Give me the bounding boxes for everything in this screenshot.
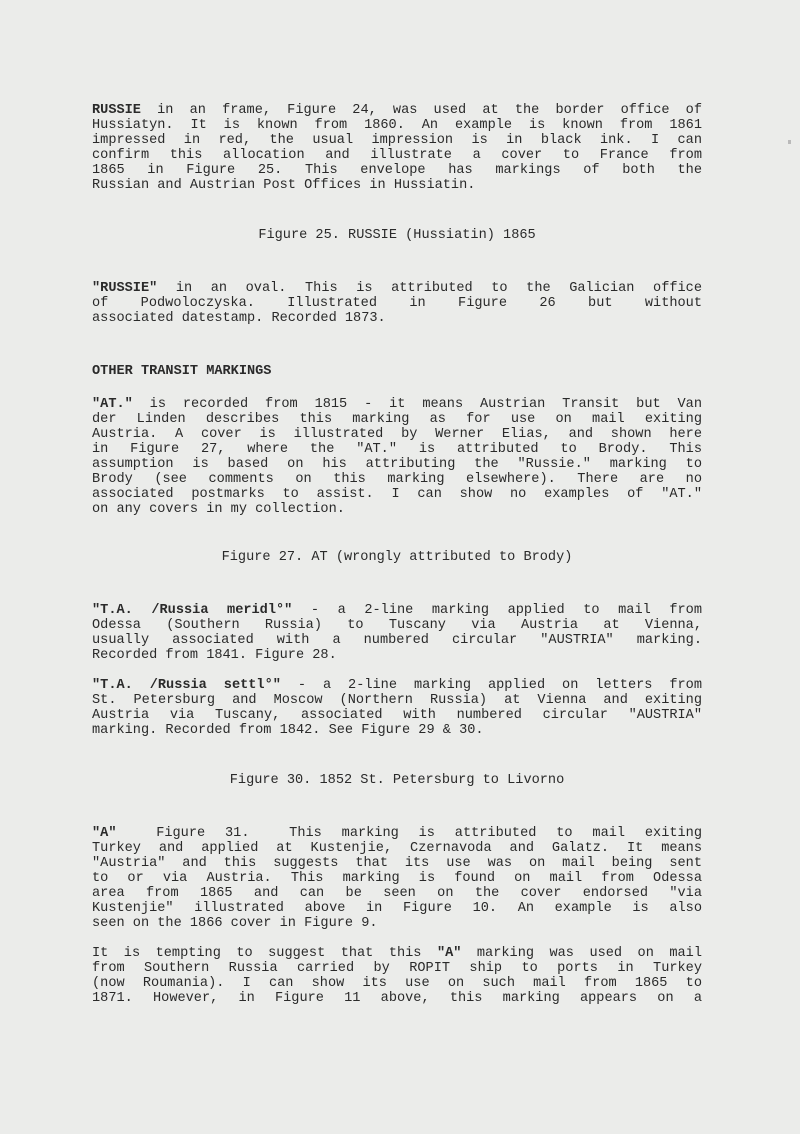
text-line: assumption is based on his attributing t… — [92, 457, 702, 472]
text-line: 1865 in Figure 25. This envelope has mar… — [92, 163, 702, 178]
text-line: on any covers in my collection. — [92, 502, 702, 517]
text-line: usually associated with a numbered circu… — [92, 633, 702, 648]
text-line: (now Roumania). I can show its use on su… — [92, 976, 702, 991]
text-line: marking was used on mail — [461, 946, 702, 961]
text-line: marking. Recorded from 1842. See Figure … — [92, 723, 702, 738]
bold-term: "T.A. /Russia meridl°" — [92, 603, 292, 618]
text-line: Recorded from 1841. Figure 28. — [92, 648, 702, 663]
figure-caption-25: Figure 25. RUSSIE (Hussiatin) 1865 — [92, 228, 702, 243]
text-line: Hussiatyn. It is known from 1860. An exa… — [92, 118, 702, 133]
text-line: "Austria" and this suggests that its use… — [92, 856, 702, 871]
paragraph-a-marking: "A" Figure 31. This marking is attribute… — [92, 826, 702, 931]
text-line: Austria via Tuscany, associated with num… — [92, 708, 702, 723]
scan-speck — [788, 140, 791, 144]
text-line: in Figure 27, where the "AT." is attribu… — [92, 442, 702, 457]
text-line: - a 2-line marking applied to mail from — [292, 603, 702, 618]
text-line: area from 1865 and can be seen on the co… — [92, 886, 702, 901]
text-line: in an oval. This is attributed to the Ga… — [157, 281, 702, 296]
bold-term: "RUSSIE" — [92, 281, 157, 296]
text-line: associated postmarks to assist. I can sh… — [92, 487, 702, 502]
text-line: der Linden describes this marking as for… — [92, 412, 702, 427]
bold-term: "A" — [437, 946, 461, 961]
text-line: Kustenjie" illustrated above in Figure 1… — [92, 901, 702, 916]
text-line: in an frame, Figure 24, was used at the … — [141, 103, 702, 118]
text-line: Odessa (Southern Russia) to Tuscany via … — [92, 618, 702, 633]
text-line: St. Petersburg and Moscow (Northern Russ… — [92, 693, 702, 708]
text-line: Austria. A cover is illustrated by Werne… — [92, 427, 702, 442]
paragraph-ta-russia-settl: "T.A. /Russia settl°" - a 2-line marking… — [92, 678, 702, 738]
text-line: from Southern Russia carried by ROPIT sh… — [92, 961, 702, 976]
bold-term: "AT." — [92, 397, 133, 412]
text-line: seen on the 1866 cover in Figure 9. — [92, 916, 702, 931]
figure-caption-30: Figure 30. 1852 St. Petersburg to Livorn… — [92, 773, 702, 788]
text-line: Turkey and applied at Kustenjie, Czernav… — [92, 841, 702, 856]
text-line: - a 2-line marking applied on letters fr… — [281, 678, 702, 693]
paragraph-at-marking: "AT." is recorded from 1815 - it means A… — [92, 397, 702, 517]
document-page: RUSSIE in an frame, Figure 24, was used … — [92, 103, 702, 1006]
paragraph-ta-russia-meridl: "T.A. /Russia meridl°" - a 2-line markin… — [92, 603, 702, 663]
bold-term: RUSSIE — [92, 103, 141, 118]
paragraph-russie-frame: RUSSIE in an frame, Figure 24, was used … — [92, 103, 702, 193]
figure-caption-27: Figure 27. AT (wrongly attributed to Bro… — [92, 550, 702, 565]
text-line: It is tempting to suggest that this — [92, 946, 437, 961]
text-line: Russian and Austrian Post Offices in Hus… — [92, 178, 702, 193]
text-line: impressed in red, the usual impression i… — [92, 133, 702, 148]
text-line: to or via Austria. This marking is found… — [92, 871, 702, 886]
text-line: confirm this allocation and illustrate a… — [92, 148, 702, 163]
text-line: Brody (see comments on this marking else… — [92, 472, 702, 487]
text-line: 1871. However, in Figure 11 above, this … — [92, 991, 702, 1006]
bold-term: "A" — [92, 826, 116, 841]
paragraph-russie-oval: "RUSSIE" in an oval. This is attributed … — [92, 281, 702, 326]
text-line: is recorded from 1815 - it means Austria… — [133, 397, 702, 412]
text-line: of Podwoloczyska. Illustrated in Figure … — [92, 296, 702, 311]
bold-term: "T.A. /Russia settl°" — [92, 678, 281, 693]
section-heading: OTHER TRANSIT MARKINGS — [92, 364, 702, 379]
text-line: Figure 31. This marking is attributed to… — [116, 826, 702, 841]
paragraph-tempting: It is tempting to suggest that this "A" … — [92, 946, 702, 1006]
text-line: associated datestamp. Recorded 1873. — [92, 311, 702, 326]
